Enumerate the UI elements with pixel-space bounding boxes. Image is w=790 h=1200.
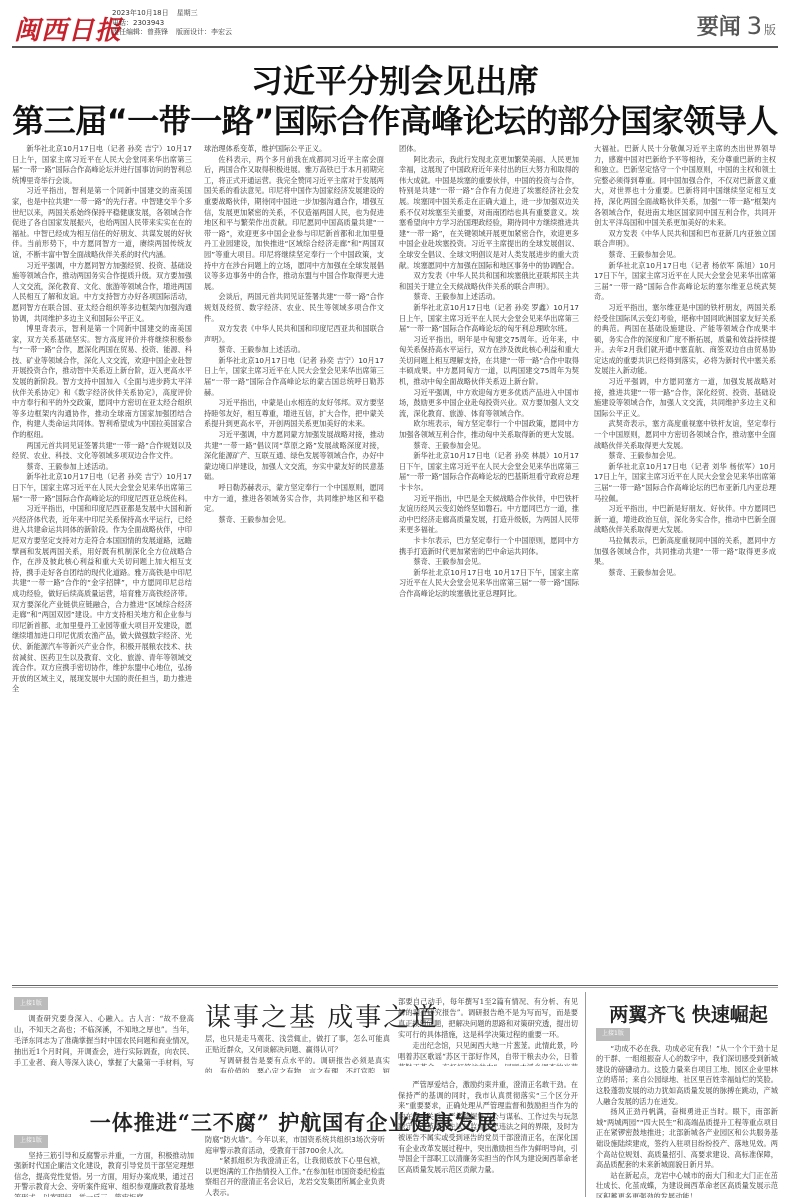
paragraph: 习近平强调，中方愿同智方加强经贸、投资、基础设施等领域合作，推动两国务实合作提质… bbox=[12, 261, 192, 325]
paragraph: 两国元首共同见证签署共建“一带一路”合作规划以及经贸、农业、科技、文化等领域多项… bbox=[12, 441, 192, 462]
paragraph: 新华社北京10月17日电 10月17日下午，国家主席习近平在人民大会堂会见来华出… bbox=[399, 568, 579, 600]
continued-tag: 上接1版 bbox=[596, 1028, 630, 1041]
paragraph: 双方发表《中华人民共和国和埃塞俄比亚联邦民主共和国关于建立全天候战略伙伴关系的联… bbox=[399, 271, 579, 292]
paragraph: 习近平强调，中方愿同塞方一道，加强发展战略对接，推进共建“一带一路”合作，深化经… bbox=[594, 377, 776, 419]
paragraph: 新华社北京10月17日电（记者 杨依军 陈旭）10月17日下午，国家主席习近平在… bbox=[594, 261, 776, 303]
newspaper-logo: 闽西日报 bbox=[14, 10, 122, 47]
paragraph: 欧尔班表示，匈方坚定奉行一个中国政策，愿同中方加强各领域互利合作，推动匈中关系取… bbox=[399, 419, 579, 440]
paragraph: 习近平强调，中方欢迎匈方更多优质产品进入中国市场，鼓励更多中国企业赴匈投资兴业。… bbox=[399, 388, 579, 420]
mou-column-mid: 层，也只是走马观花、浅尝辄止，做打了事，怎么可能真正贴近群众，又何谈解决问题、赢… bbox=[205, 1033, 390, 1073]
section-divider-thin bbox=[12, 987, 778, 988]
paragraph: 蔡奇、王毅参加会见。 bbox=[594, 451, 776, 462]
paragraph: 双方发表《中华人民共和国和印度尼西亚共和国联合声明》。 bbox=[204, 324, 384, 345]
paragraph: 新华社北京10月17日电（记者 刘华 杨依军）10月17日上午，国家主席习近平在… bbox=[594, 462, 776, 504]
paragraph: 习近平指出，智利是第一个同新中国建交的南美国家，也是中拉共建“一带一路”的先行者… bbox=[12, 186, 192, 260]
paragraph: 新华社北京10月17日电（记者 孙奕 罗鑫）10月17日上午，国家主席习近平在人… bbox=[399, 303, 579, 335]
paragraph: 站在新起点，龙岩中心城市的南大门和北大门正在茁壮成长、化茧成蝶，为建设闽西革命老… bbox=[596, 1171, 778, 1198]
continued-tag: 上接1版 bbox=[14, 1135, 48, 1148]
masthead: 闽西日报 2023年10月18日星期三 电话：2303943 责任编辑：曾燕锋版… bbox=[0, 0, 790, 48]
paragraph: 蔡奇、王毅参加会见。 bbox=[204, 515, 384, 526]
paragraph: 蔡奇、王毅参加会见。 bbox=[594, 250, 776, 261]
paragraph: 阿比表示，我此行发现北京更加繁荣美丽、人民更加幸福，这展现了中国政府近年来付出的… bbox=[399, 155, 579, 272]
paragraph: 新华社北京10月17日电（记者 孙奕 吉宁）10月17日上午，国家主席习近平在人… bbox=[12, 144, 192, 186]
paragraph: 习近平指出，中国和印度尼西亚都是发展中大国和新兴经济体代表，近年来中印尼关系保持… bbox=[12, 504, 192, 695]
paragraph: 习近平指出，中巴新是好朋友、好伙伴。中方愿同巴新一道，增进政治互信，深化务实合作… bbox=[594, 504, 776, 536]
paragraph: 新华社北京10月17日电（记者 孙奕 吉宁）10月17日下午，国家主席习近平在人… bbox=[12, 472, 192, 504]
mou-column-right: 部要自己动手，每年撰写1至2篇有情况、有分析、有见解的调查研究报告”。调研报告绝… bbox=[398, 996, 578, 1066]
paragraph: 扬风正劲丹帆满，奋楫勇进正当时。眼下，南部新城“两城两园”“四大民生”和高端品质… bbox=[596, 1107, 778, 1171]
paragraph: “功成不必在我、功成必定有我！”从一个个干劲十足的干群、一组组振奋人心的数字中，… bbox=[596, 1044, 778, 1108]
paragraph: 新华社北京10月17日电（记者 孙奕 吉宁）10月17日上午，国家主席习近平在人… bbox=[204, 356, 384, 398]
paragraph: 习近平强调，中方愿同蒙方加强发展战略对接，推动共建“一带一路”倡议同“草原之路”… bbox=[204, 430, 384, 483]
lead-column-4: 大福祉。巴新人民十分敬佩习近平主席的杰出世界领导力，感谢中国对巴新给予平等相待，… bbox=[594, 144, 776, 974]
liang-headline: 两翼齐飞 快速崛起 bbox=[596, 1000, 781, 1027]
designer: 版面设计：李宏云 bbox=[176, 28, 232, 36]
paragraph: 呼日勒苏赫表示，蒙方坚定奉行一个中国原则，愿同中方一道，推进各领域务实合作，共同… bbox=[204, 483, 384, 515]
lead-column-2: 球治理体系变革，维护国际公平正义。 佐科表示，两个多月前我在成都同习近平主席会面… bbox=[204, 144, 384, 974]
issue-date: 2023年10月18日 bbox=[112, 9, 169, 17]
section-label: 要闻3版 bbox=[697, 10, 776, 41]
paragraph: 习近平指出，塞尔维亚是中国的铁杆朋友，两国关系经受住国际风云变幻考验，堪称中国同… bbox=[594, 303, 776, 377]
paragraph: 博里奇表示，智利是第一个同新中国建交的南美国家，双方关系基础坚实。智方高度评价并… bbox=[12, 324, 192, 441]
paragraph: 球治理体系变革，维护国际公平正义。 bbox=[204, 144, 384, 155]
lead-column-1: 新华社北京10月17日电（记者 孙奕 吉宁）10月17日上午，国家主席习近平在人… bbox=[12, 144, 192, 974]
paragraph: 调查研究要身深入、心融入。古人言：“故不登高山，不知天之高也；不临深溪，不知地之… bbox=[14, 1013, 194, 1067]
paragraph: 佐科表示，两个多月前我在成都同习近平主席会面后，两国合作又取得积极进展。雅万高铁… bbox=[204, 155, 384, 293]
column-separator bbox=[585, 992, 586, 1197]
paragraph: 会谈后，两国元首共同见证签署共建“一带一路”合作规划及经贸、数字经济、农业、民生… bbox=[204, 292, 384, 324]
masthead-rule bbox=[12, 46, 778, 48]
paragraph: 坚持三筋引导和反腐警示并重，一方面，积极推动加强新时代国企廉洁文化建设，教育引导… bbox=[14, 1151, 194, 1197]
paragraph: 习近平指出，明年是中匈建交75周年。近年来，中匈关系保持高水平运行，双方在涉及彼… bbox=[399, 335, 579, 388]
lead-headline-line2: 第三届“一带一路”国际合作高峰论坛的部分国家领导人 bbox=[0, 96, 790, 142]
section-divider bbox=[12, 985, 778, 986]
paragraph: 严管厚爱结合，激励约束并重，澄清正名敢干劲。在保持严的基调的同时，我市认真贯彻落… bbox=[398, 1080, 578, 1175]
paragraph: 双方发表《中华人民共和国和巴布亚新几内亚独立国联合声明》。 bbox=[594, 229, 776, 250]
paragraph: 习近平指出，中蒙是山水相连的友好邻邦。双方要坚持睦邻友好，相互尊重，增进互信，扩… bbox=[204, 398, 384, 430]
mou-column-left: 上接1版 调查研究要身深入、心融入。古人言：“故不登高山，不知天之高也；不临深溪… bbox=[14, 997, 194, 1067]
paragraph: 马拉佩表示，巴新高度重视同中国的关系，愿同中方加强各领域合作，共同推动共建“一带… bbox=[594, 536, 776, 568]
paragraph: 卡卡尔表示，巴方坚定奉行一个中国原则，愿同中方携手打造新时代更加紧密的巴中命运共… bbox=[399, 536, 579, 557]
fu-column-mid: 防腐“防火墙”。今年以来，市国资系统共组织3场次旁听庭审警示教育活动，受教育干部… bbox=[205, 1135, 385, 1197]
paragraph: 习近平指出，中巴是全天候战略合作伙伴，中巴铁杆友谊历经风云变幻始终坚如磐石。中方… bbox=[399, 494, 579, 536]
paragraph: 蔡奇、王毅参加上述活动。 bbox=[12, 462, 192, 473]
paragraph: “紧抓组织为我澄清正名，让我彻底放下心里包袱，以更饱满的工作热情投入工作。”在参… bbox=[205, 1156, 385, 1197]
section-name: 要闻 bbox=[697, 15, 741, 40]
paragraph: 团体。 bbox=[399, 144, 579, 155]
editor: 责任编辑：曾燕锋 bbox=[112, 28, 168, 36]
phone: 电话：2303943 bbox=[112, 19, 164, 27]
issue-weekday: 星期三 bbox=[177, 9, 198, 17]
lead-column-3: 团体。 阿比表示，我此行发现北京更加繁荣美丽、人民更加幸福，这展现了中国政府近年… bbox=[399, 144, 579, 974]
paragraph: 蔡奇、王毅参加会见。 bbox=[594, 568, 776, 579]
paragraph: 写调研报告是要有点水平的。调研报告必须是真实的、有价值的、要心定之有物、言之有理… bbox=[205, 1055, 390, 1073]
paragraph: 武契奇表示，塞方高度重视塞中铁杆友谊，坚定奉行一个中国原则，愿同中方密切各领域合… bbox=[594, 419, 776, 451]
fu-column-right: 严管厚爱结合，激励约束并重，澄清正名敢干劲。在保持严的基调的同时，我市认真贯彻落… bbox=[398, 1080, 578, 1198]
paragraph: 新华社北京10月17日电（记者 孙奕 林晨）10月17日下午，国家主席习近平在人… bbox=[399, 451, 579, 493]
paragraph: 层，也只是走马观花、浅尝辄止，做打了事，怎么可能真正贴近群众，又何谈解决问题、赢… bbox=[205, 1033, 390, 1055]
page-number: 3 bbox=[747, 12, 762, 40]
paragraph: 部要自己动手，每年撰写1至2篇有情况、有分析、有见解的调查研究报告”。调研报告绝… bbox=[398, 996, 578, 1040]
continued-tag: 上接1版 bbox=[14, 997, 48, 1010]
liang-column: 上接1版 “功成不必在我、功成必定有我！”从一个个干劲十足的干群、一组组振奋人心… bbox=[596, 1028, 778, 1198]
page-suffix: 版 bbox=[764, 23, 776, 37]
paragraph: 蔡奇、王毅参加会见。 bbox=[399, 557, 579, 568]
paragraph: 蔡奇、王毅参加上述活动。 bbox=[204, 345, 384, 356]
paragraph: 防腐“防火墙”。今年以来，市国资系统共组织3场次旁听庭审警示教育活动，受教育干部… bbox=[205, 1135, 385, 1156]
paragraph: 蔡奇、王毅参加上述活动。 bbox=[399, 292, 579, 303]
paragraph: 蔡奇、王毅参加会见。 bbox=[399, 441, 579, 452]
paragraph: 大福祉。巴新人民十分敬佩习近平主席的杰出世界领导力，感谢中国对巴新给予平等相待，… bbox=[594, 144, 776, 229]
masthead-meta: 2023年10月18日星期三 电话：2303943 责任编辑：曾燕锋版面设计：李… bbox=[112, 9, 240, 38]
paragraph: 走出纪念馆，只见闽西大地一片葱茏。此情此景，吟唱着苏区歌谣“苏区干部好作风，自带… bbox=[398, 1040, 578, 1066]
fu-column-left: 上接1版 坚持三筋引导和反腐警示并重，一方面，积极推动加强新时代国企廉洁文化建设… bbox=[14, 1135, 194, 1197]
